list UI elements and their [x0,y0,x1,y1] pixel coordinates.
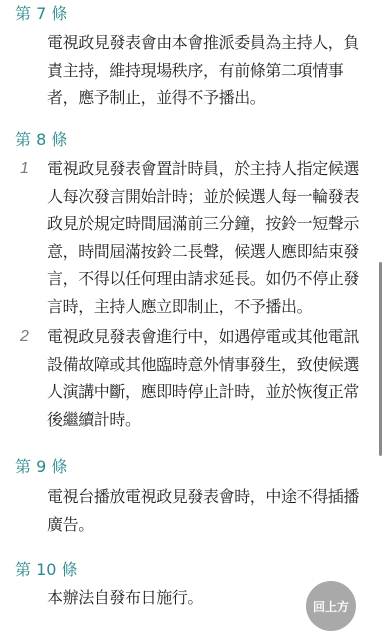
text-line: 意，時間屆滿按鈴二長聲，候選人應即結束發 [47,238,363,266]
article-title: 第 8 條 [15,131,67,149]
text-line: 言，不得以任何理由請求延長。如仍不停止發 [47,265,363,293]
text-line: 後繼續計時。 [47,406,363,434]
paragraph-number: 1 [20,155,29,183]
text-line: 言時，主持人應立即制止，不予播出。 [47,293,363,321]
article-title: 第 7 條 [15,5,67,23]
text-line: 者，應予制止，並得不予播出。 [47,84,363,112]
text-line: 廣告。 [47,511,363,539]
back-to-top-label: 回上方 [313,598,349,615]
text-line: 電視台播放電視政見發表會時，中途不得插播 [47,483,363,511]
text-line: 政見於規定時間屆滿前三分鐘，按鈴一短聲示 [47,210,363,238]
text-line: 電視政見發表會置計時員，於主持人指定候選 [47,155,363,183]
article-paragraph: 電視政見發表會由本會推派委員為主持人，負 責主持，維持現場秩序，有前條第二項情事… [47,29,363,112]
article-paragraph: 電視政見發表會置計時員，於主持人指定候選 人每次發言開始計時；並於候選人每一輪發… [47,155,363,320]
text-line: 電視政見發表會進行中，如遇停電或其他電訊 [47,323,363,351]
text-line: 電視政見發表會由本會推派委員為主持人，負 [47,29,363,57]
article-title: 第 10 條 [15,561,78,579]
article-paragraph: 電視政見發表會進行中，如遇停電或其他電訊 設備故障或其他臨時意外情事發生，致使候… [47,323,363,433]
article-paragraph: 電視台播放電視政見發表會時，中途不得插播 廣告。 [47,483,363,538]
text-line: 人演講中斷，應即時停止計時，並於恢復正常 [47,378,363,406]
back-to-top-button[interactable]: 回上方 [306,581,356,631]
text-line: 責主持，維持現場秩序，有前條第二項情事 [47,57,363,85]
paragraph-number: 2 [20,323,29,351]
scrollbar-thumb[interactable] [379,262,382,456]
text-line: 人每次發言開始計時；並於候選人每一輪發表 [47,183,363,211]
text-line: 設備故障或其他臨時意外情事發生，致使候選 [47,351,363,379]
article-title: 第 9 條 [15,458,67,476]
